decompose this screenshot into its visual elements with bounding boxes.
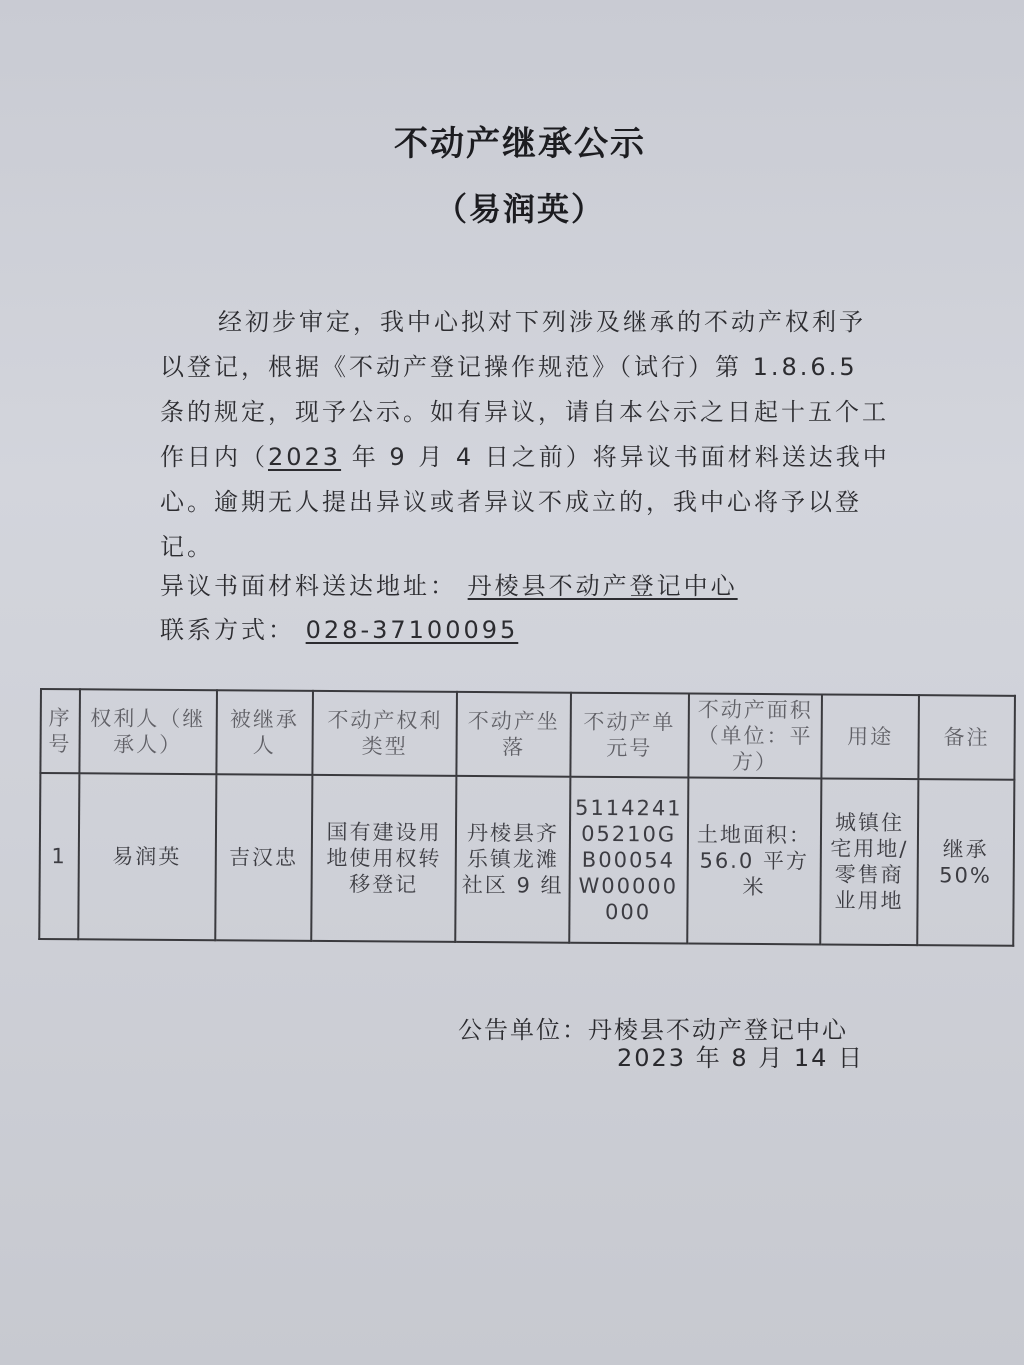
header-cell: 序号	[40, 689, 79, 773]
cell-area: 土地面积：56.0 平方米	[687, 778, 822, 945]
header-cell: 权利人（继承人）	[79, 689, 217, 774]
header-cell: 被继承人	[216, 690, 313, 775]
body-paragraph: 经初步审定，我中心拟对下列涉及继承的不动产权利予以登记，根据《不动产登记操作规范…	[160, 300, 890, 570]
contact-value: 028-37100095	[306, 616, 519, 644]
cell-usage: 城镇住宅用地/零售商业用地	[821, 778, 918, 945]
header-cell: 用途	[822, 694, 919, 779]
contact-label: 联系方式：	[160, 616, 295, 644]
table-header-row: 序号 权利人（继承人） 被继承人 不动产权利类型 不动产坐落 不动产单元号 不动…	[40, 689, 1015, 780]
document-subtitle: （易润英）	[0, 184, 1024, 230]
address-line: 异议书面材料送达地址： 丹棱县不动产登记中心	[160, 566, 738, 601]
notice-page: 不动产继承公示 （易润英） 经初步审定，我中心拟对下列涉及继承的不动产权利予以登…	[0, 0, 1024, 1365]
header-cell: 备注	[918, 695, 1015, 780]
cell-location: 丹棱县齐乐镇龙滩社区 9 组	[456, 776, 571, 943]
cell-index: 1	[39, 773, 79, 939]
deadline-year: 2023	[268, 443, 341, 471]
address-value: 丹棱县不动产登记中心	[468, 572, 738, 600]
header-cell: 不动产单元号	[570, 693, 688, 778]
property-table: 序号 权利人（继承人） 被继承人 不动产权利类型 不动产坐落 不动产单元号 不动…	[38, 688, 1016, 947]
header-cell: 不动产面积（单位：平方）	[688, 694, 822, 779]
table-row: 1 易润英 吉汉忠 国有建设用地使用权转移登记 丹棱县齐乐镇龙滩社区 9 组 5…	[39, 773, 1014, 946]
issue-date: 2023 年 8 月 14 日	[617, 1038, 864, 1073]
contact-line: 联系方式： 028-37100095	[160, 610, 518, 645]
cell-right-type: 国有建设用地使用权转移登记	[311, 775, 457, 942]
address-label: 异议书面材料送达地址：	[160, 572, 457, 600]
cell-heir: 易润英	[78, 773, 216, 940]
document-title: 不动产继承公示	[0, 116, 1024, 165]
cell-remark: 继承 50%	[917, 779, 1015, 946]
cell-unit-number: 511424105210GB00054W00000000	[569, 777, 688, 944]
header-cell: 不动产坐落	[457, 692, 571, 777]
cell-decedent: 吉汉忠	[215, 774, 312, 941]
header-cell: 不动产权利类型	[312, 691, 457, 776]
